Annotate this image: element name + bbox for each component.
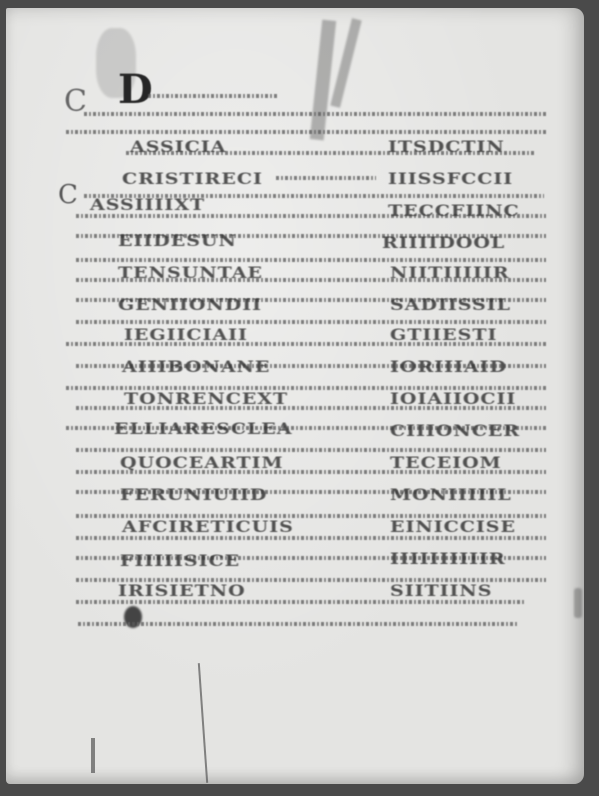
uncial-line: IOIAIIOCII bbox=[390, 390, 516, 409]
uncial-line: QUOCEARTIM bbox=[120, 454, 284, 473]
ink-stain bbox=[310, 20, 336, 141]
initial-letter-d: D bbox=[118, 66, 153, 113]
uncial-line: IORIIIAID bbox=[390, 358, 507, 377]
uncial-line: IRISIETNO bbox=[118, 582, 246, 601]
parchment-crack bbox=[91, 738, 95, 773]
uncial-line: ASSICIA bbox=[130, 138, 226, 157]
uncial-line: ELLIARESCLEA bbox=[114, 420, 293, 439]
uncial-line: IEGIICIAII bbox=[124, 326, 248, 345]
parchment-crack bbox=[198, 663, 208, 783]
uncial-line: GTIIESTI bbox=[390, 326, 497, 345]
uncial-line: IIIIIIIIIIR bbox=[390, 550, 506, 569]
uncial-line: FERUNIUIID bbox=[120, 486, 267, 505]
uncial-line: TECEIOM bbox=[390, 454, 502, 473]
uncial-line: CRISTIRECI bbox=[122, 170, 263, 189]
uncial-line: IIISSFCCII bbox=[388, 170, 513, 189]
uncial-line: CIIIONCER bbox=[390, 422, 520, 441]
uncial-line: ASSIIIIXT bbox=[90, 196, 205, 215]
manuscript-page: D C C ASSICIA CRISTIRECI ASSIIIIXT bbox=[6, 8, 584, 784]
uncial-line: MONIIIIIL bbox=[390, 486, 512, 505]
uncial-line: TONRENCEXT bbox=[124, 390, 288, 409]
uncial-line: GENIIONDII bbox=[118, 296, 262, 315]
uncial-line: SIITIINS bbox=[390, 582, 493, 601]
uncial-line: TENSUNTAE bbox=[118, 264, 263, 283]
uncial-line: NIITIIIIIR bbox=[390, 264, 510, 283]
ink-stain bbox=[574, 588, 582, 618]
uncial-line: ITSDCTIN bbox=[388, 138, 505, 157]
uncial-line: RIIIIDOOL bbox=[382, 234, 505, 253]
uncial-line: AIIIBONANE bbox=[122, 358, 270, 377]
initial-letter-c: C bbox=[58, 180, 78, 210]
uncial-line: EINICCISE bbox=[390, 518, 516, 537]
uncial-line: SADIISSIL bbox=[390, 296, 511, 315]
uncial-line: FIIIIISICE bbox=[120, 552, 240, 571]
uncial-line: AFCIRETICUIS bbox=[122, 518, 294, 537]
uncial-line: EIIDESUN bbox=[118, 232, 237, 251]
uncial-line: TECCFIINC bbox=[388, 202, 520, 221]
